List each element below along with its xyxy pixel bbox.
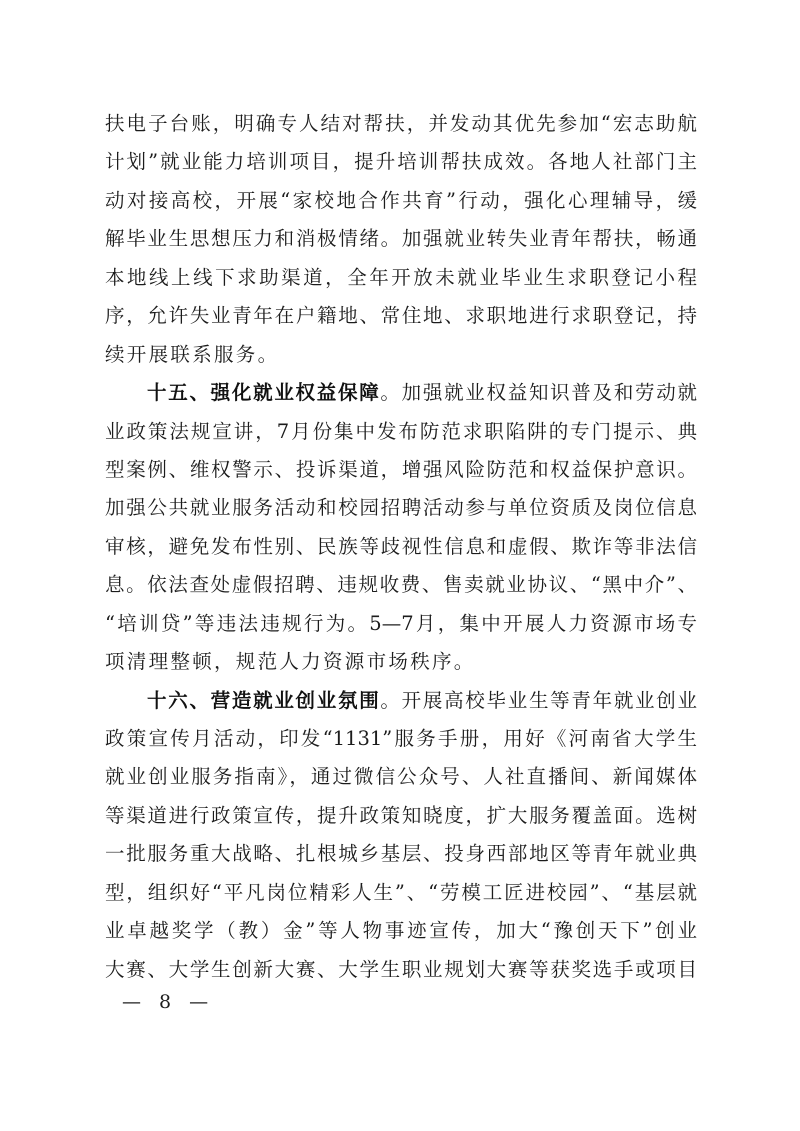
text-line: 项清理整顿，规范人力资源市场秩序。	[105, 643, 697, 681]
text-line: 型，组织好“平凡岗位精彩人生”、“劳模工匠进校园”、“基层就	[105, 874, 697, 912]
text-line: 续开展联系服务。	[105, 336, 697, 374]
section-heading-15: 十五、强化就业权益保障	[147, 381, 380, 404]
text-line: 动对接高校，开展“家校地合作共育”行动，强化心理辅导，缓	[105, 182, 697, 220]
text-line: 审核，避免发布性别、民族等歧视性信息和虚假、欺诈等非法信	[105, 528, 697, 566]
section-heading-16: 十六、营造就业创业氛围	[147, 689, 380, 712]
text-line: 扶电子台账，明确专人结对帮扶，并发动其优先参加“宏志助航	[105, 105, 697, 143]
text-line: 加强公共就业服务活动和校园招聘活动参与单位资质及岗位信息	[105, 489, 697, 527]
text-line: 就业创业服务指南》，通过微信公众号、人社直播间、新闻媒体	[105, 758, 697, 796]
text-line: 等渠道进行政策宣传，提升政策知晓度，扩大服务覆盖面。选树	[105, 797, 697, 835]
section-first-line: 十六、营造就业创业氛围。开展高校毕业生等青年就业创业	[105, 682, 697, 720]
body-text: 扶电子台账，明确专人结对帮扶，并发动其优先参加“宏志助航 计划”就业能力培训项目…	[105, 105, 697, 989]
paragraph-section14-continuation: 扶电子台账，明确专人结对帮扶，并发动其优先参加“宏志助航 计划”就业能力培训项目…	[105, 105, 697, 374]
text-line: 本地线上线下求助渠道，全年开放未就业毕业生求职登记小程	[105, 259, 697, 297]
text-line: “培训贷”等违法违规行为。5—7月，集中开展人力资源市场专	[105, 605, 697, 643]
text-line: 序，允许失业青年在户籍地、常住地、求职地进行求职登记，持	[105, 297, 697, 335]
text-line: 一批服务重大战略、扎根城乡基层、投身西部地区等青年就业典	[105, 835, 697, 873]
paragraph-section16: 十六、营造就业创业氛围。开展高校毕业生等青年就业创业 政策宣传月活动，印发“11…	[105, 682, 697, 990]
text-line: 政策宣传月活动，印发“1131”服务手册，用好《河南省大学生	[105, 720, 697, 758]
text-line: 解毕业生思想压力和消极情绪。加强就业转失业青年帮扶，畅通	[105, 220, 697, 258]
paragraph-section15: 十五、强化就业权益保障。加强就业权益知识普及和劳动就 业政策法规宣讲，7月份集中…	[105, 374, 697, 682]
section-first-line-text: 。加强就业权益知识普及和劳动就	[380, 381, 697, 404]
text-line: 计划”就业能力培训项目，提升培训帮扶成效。各地人社部门主	[105, 143, 697, 181]
page-number: — 8 —	[122, 988, 214, 1016]
section-first-line: 十五、强化就业权益保障。加强就业权益知识普及和劳动就	[105, 374, 697, 412]
section-first-line-text: 。开展高校毕业生等青年就业创业	[380, 689, 697, 712]
text-line: 型案例、维权警示、投诉渠道，增强风险防范和权益保护意识。	[105, 451, 697, 489]
document-page: 扶电子台账，明确专人结对帮扶，并发动其优先参加“宏志助航 计划”就业能力培训项目…	[0, 0, 800, 1131]
text-line: 业卓越奖学（教）金”等人物事迹宣传，加大“豫创天下”创业	[105, 912, 697, 950]
text-line: 大赛、大学生创新大赛、大学生职业规划大赛等获奖选手或项目	[105, 951, 697, 989]
text-line: 业政策法规宣讲，7月份集中发布防范求职陷阱的专门提示、典	[105, 413, 697, 451]
text-line: 息。依法查处虚假招聘、违规收费、售卖就业协议、“黑中介”、	[105, 566, 697, 604]
